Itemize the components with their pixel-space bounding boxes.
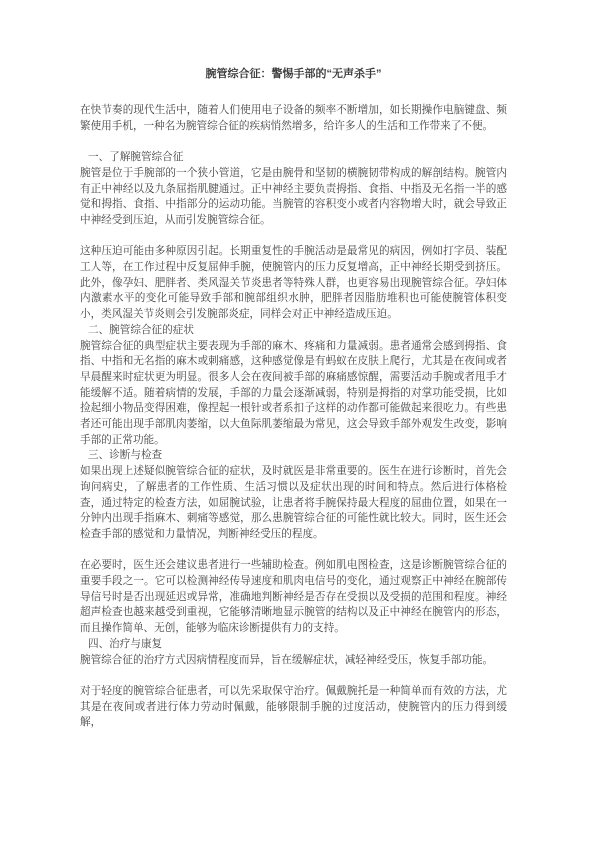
section-treatment-paragraph-2: 对于轻度的腕管综合征患者，可以先采取保守治疗。佩戴腕托是一种简单而有效的方法，尤… — [80, 684, 507, 731]
section-symptoms: 二、腕管综合征的症状 腕管综合征的典型症状主要表现为手部的麻木、疼痛和力量减弱。… — [80, 323, 507, 449]
section-overview: 一、了解腕管综合征 腕管是位于手腕部的一个狭小管道，它是由腕骨和坚韧的横腕韧带构… — [80, 150, 507, 323]
document-title: 腕管综合征：警惕手部的“无声杀手” — [80, 66, 507, 82]
section-overview-heading: 一、了解腕管综合征 — [80, 150, 507, 166]
section-diagnosis-paragraph-1: 如果出现上述疑似腕管综合征的症状，及时就医是非常重要的。医生在进行诊断时，首先会… — [80, 464, 507, 543]
document-page: 腕管综合征：警惕手部的“无声杀手” 在快节奏的现代生活中，随着人们使用电子设备的… — [0, 0, 595, 841]
section-diagnosis: 三、诊断与检查 如果出现上述疑似腕管综合征的症状，及时就医是非常重要的。医生在进… — [80, 448, 507, 636]
section-overview-paragraph-2: 这种压迫可能由多种原因引起。长期重复性的手腕活动是最常见的病因，例如打字员、装配… — [80, 244, 507, 323]
section-symptoms-heading: 二、腕管综合征的症状 — [80, 323, 507, 339]
section-overview-paragraph-1: 腕管是位于手腕部的一个狭小管道，它是由腕骨和坚韧的横腕韧带构成的解剖结构。腕管内… — [80, 166, 507, 229]
section-treatment-paragraph-1: 腕管综合征的治疗方式因病情程度而异，旨在缓解症状，减轻神经受压，恢复手部功能。 — [80, 653, 507, 669]
intro-paragraph: 在快节奏的现代生活中，随着人们使用电子设备的频率不断增加，如长期操作电脑键盘、频… — [80, 103, 507, 134]
section-treatment: 四、治疗与康复 腕管综合征的治疗方式因病情程度而异，旨在缓解症状，减轻神经受压，… — [80, 637, 507, 731]
section-diagnosis-heading: 三、诊断与检查 — [80, 448, 507, 464]
section-treatment-heading: 四、治疗与康复 — [80, 637, 507, 653]
section-symptoms-paragraph-1: 腕管综合征的典型症状主要表现为手部的麻木、疼痛和力量减弱。患者通常会感到拇指、食… — [80, 339, 507, 449]
section-diagnosis-paragraph-2: 在必要时，医生还会建议患者进行一些辅助检查。例如肌电图检查，这是诊断腕管综合征的… — [80, 558, 507, 637]
